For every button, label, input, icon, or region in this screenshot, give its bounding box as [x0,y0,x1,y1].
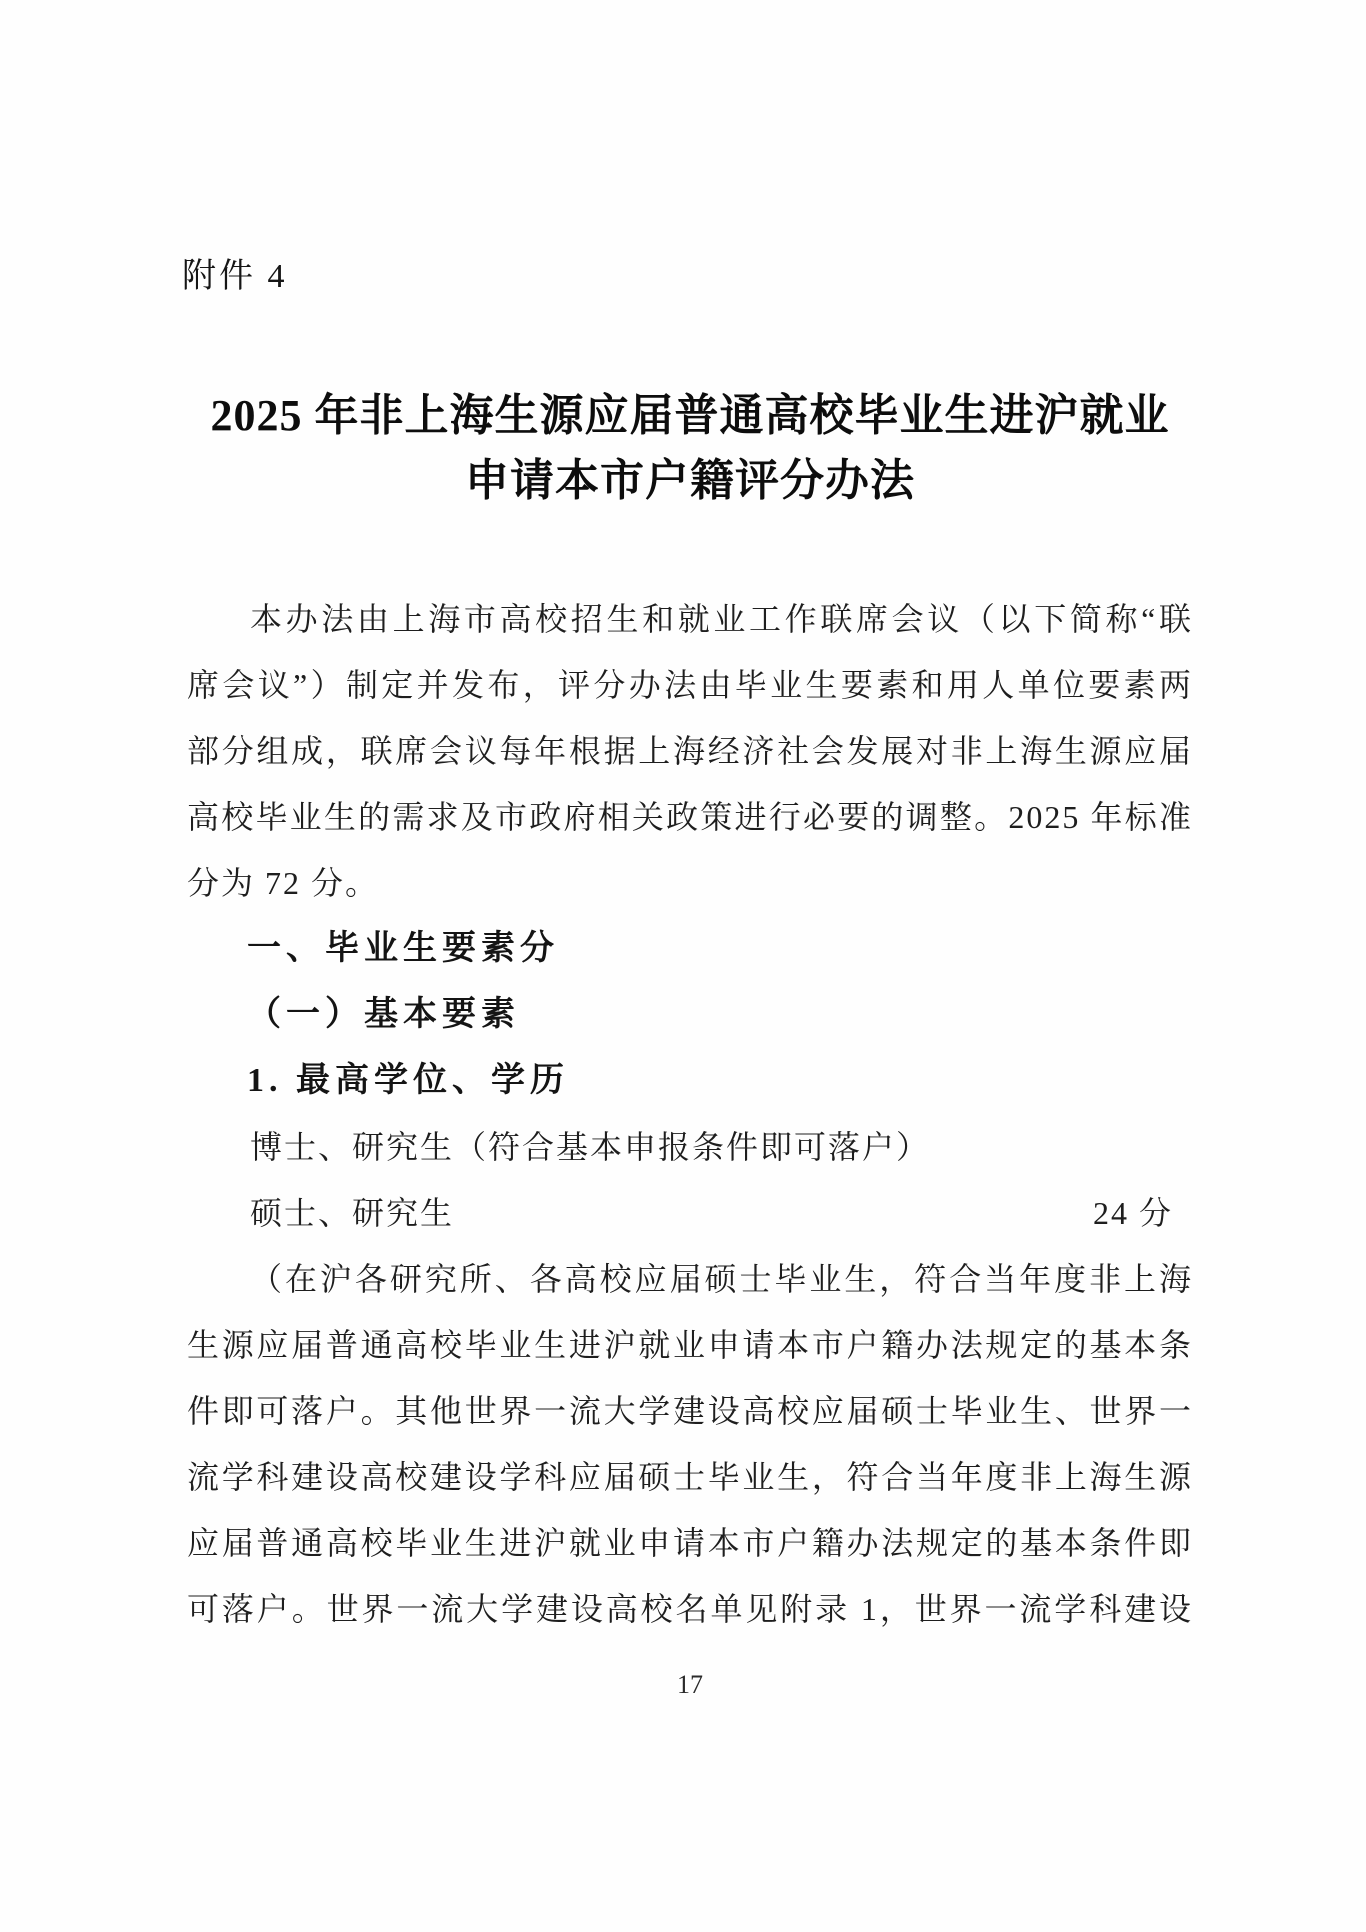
text-line: 流学科建设高校建设学科应届硕士毕业生，符合当年度非上海生源 [187,1444,1193,1510]
title-line-1: 2025 年非上海生源应届普通高校毕业生进沪就业 [187,383,1193,448]
text-line: 分为 72 分。 [187,850,1193,916]
title-line-2: 申请本市户籍评分办法 [187,448,1193,513]
text-line: 生源应届普通高校毕业生进沪就业申请本市户籍办法规定的基本条 [187,1312,1193,1378]
document-page: 附件 4 2025 年非上海生源应届普通高校毕业生进沪就业 申请本市户籍评分办法… [0,0,1366,1932]
intro-paragraph: 本办法由上海市高校招生和就业工作联席会议（以下简称“联席会议”）制定并发布，评分… [187,586,1193,916]
heading-highest-degree: 1. 最高学位、学历 [187,1048,1193,1114]
text-line: 本办法由上海市高校招生和就业工作联席会议（以下简称“联 [187,586,1193,652]
master-score-line: 硕士、研究生 24 分 [187,1180,1193,1246]
page-number: 17 [187,1668,1193,1702]
master-note-paragraph: （在沪各研究所、各高校应届硕士毕业生，符合当年度非上海生源应届普通高校毕业生进沪… [187,1246,1193,1642]
heading-basic-factors: （一）基本要素 [187,982,1193,1048]
text-line: 部分组成，联席会议每年根据上海经济社会发展对非上海生源应届 [187,718,1193,784]
attachment-label: 附件 4 [182,256,288,298]
document-body: 本办法由上海市高校招生和就业工作联席会议（以下简称“联席会议”）制定并发布，评分… [187,586,1193,1642]
doctoral-eligibility-line: 博士、研究生（符合基本申报条件即可落户） [187,1114,1193,1180]
text-line: 高校毕业生的需求及市政府相关政策进行必要的调整。2025 年标准 [187,784,1193,850]
text-line: 件即可落户。其他世界一流大学建设高校应届硕士毕业生、世界一 [187,1378,1193,1444]
master-degree-label: 硕士、研究生 [250,1180,454,1246]
document-title: 2025 年非上海生源应届普通高校毕业生进沪就业 申请本市户籍评分办法 [187,383,1193,513]
text-line: 应届普通高校毕业生进沪就业申请本市户籍办法规定的基本条件即 [187,1510,1193,1576]
text-line: 席会议”）制定并发布，评分办法由毕业生要素和用人单位要素两 [187,652,1193,718]
master-degree-score: 24 分 [1093,1180,1173,1246]
text-line: 可落户。世界一流大学建设高校名单见附录 1，世界一流学科建设 [187,1576,1193,1642]
text-line: （在沪各研究所、各高校应届硕士毕业生，符合当年度非上海 [187,1246,1193,1312]
heading-graduate-factor-score: 一、毕业生要素分 [187,916,1193,982]
